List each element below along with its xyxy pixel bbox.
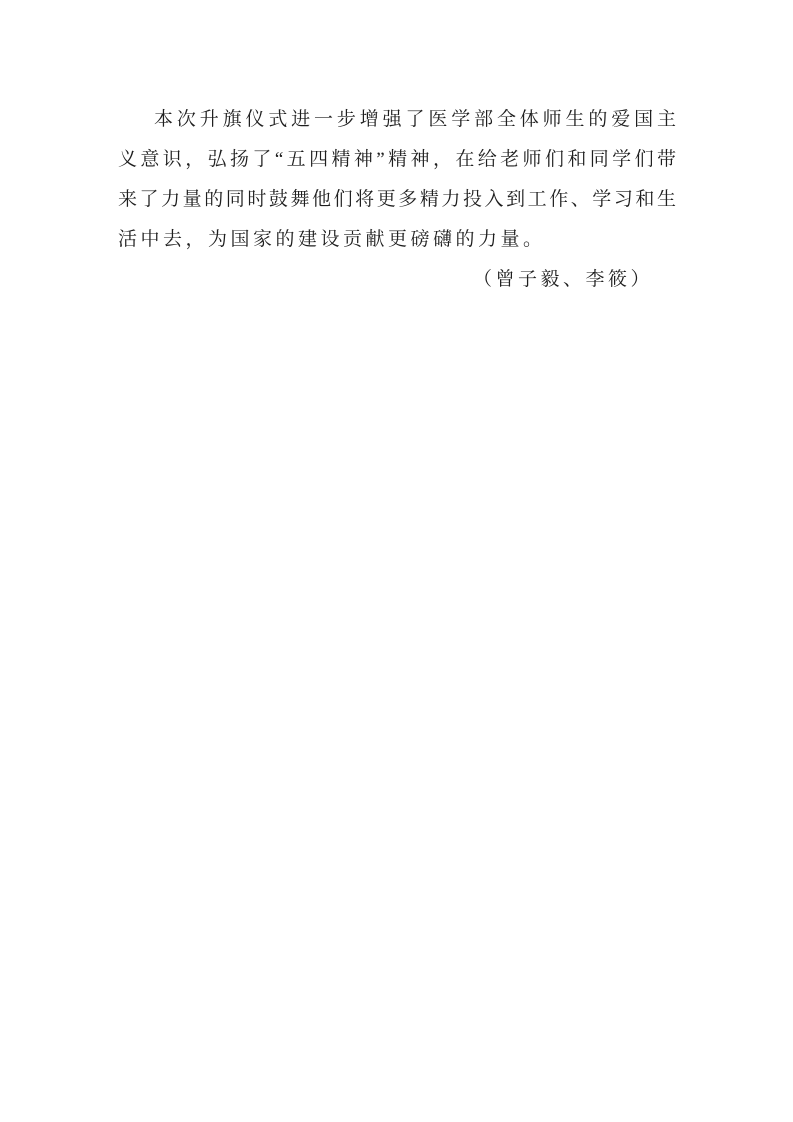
paragraph-line-1: 本次升旗仪式进一步增强了医学部全体师生的爱国主 — [118, 100, 676, 140]
paragraph-line-4: 活中去，为国家的建设贡献更磅礴的力量。 — [118, 220, 676, 260]
document-page: 本次升旗仪式进一步增强了医学部全体师生的爱国主 义意识，弘扬了“五四精神”精神，… — [0, 0, 793, 1122]
byline: （曾子毅、李筱） — [118, 260, 676, 300]
paragraph-line-3: 来了力量的同时鼓舞他们将更多精力投入到工作、学习和生 — [118, 180, 676, 220]
paragraph-line-2: 义意识，弘扬了“五四精神”精神，在给老师们和同学们带 — [118, 140, 676, 180]
document-body-text: 本次升旗仪式进一步增强了医学部全体师生的爱国主 义意识，弘扬了“五四精神”精神，… — [118, 100, 676, 300]
